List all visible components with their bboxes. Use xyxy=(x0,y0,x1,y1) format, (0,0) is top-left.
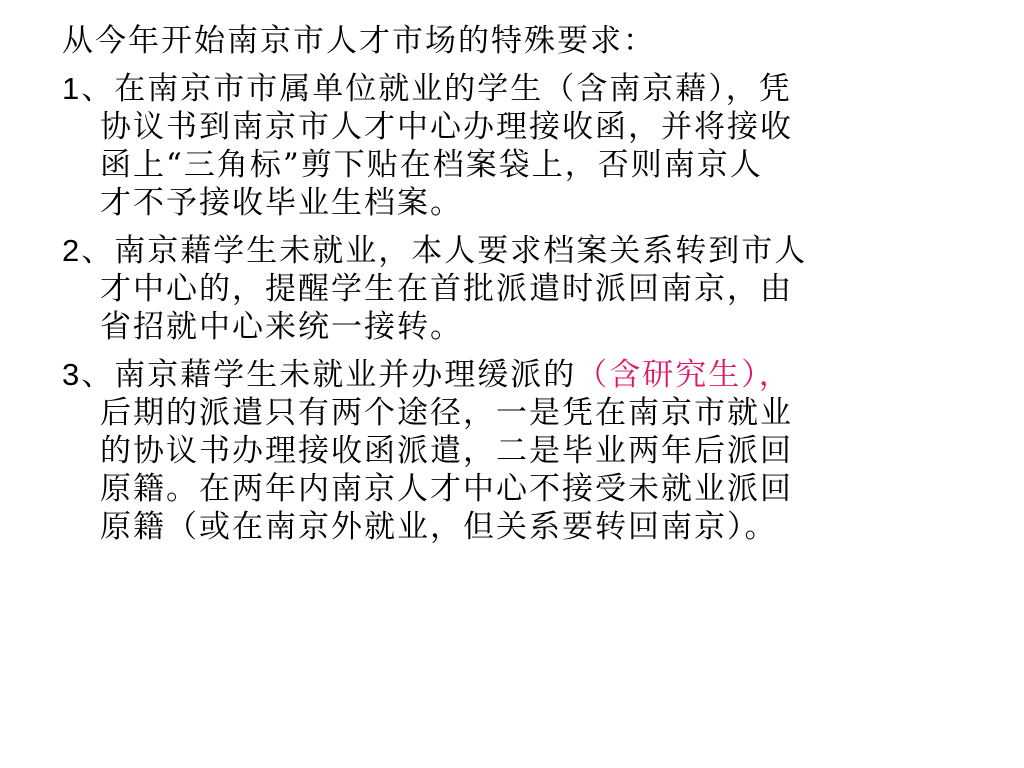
slide: 从今年开始南京市人才市场的特殊要求： 1、在南京市市属单位就业的学生（含南京藉）… xyxy=(0,0,1024,768)
item-number: 2 xyxy=(62,233,81,268)
item-text-line: 省招就中心来统一接转。 xyxy=(62,308,962,346)
item-text-line: 的协议书办理接收函派遣，二是毕业两年后派回 xyxy=(62,432,962,470)
intro-line: 从今年开始南京市人才市场的特殊要求： xyxy=(62,22,962,60)
item-3: 3、南京藉学生未就业并办理缓派的（含研究生）， 后期的派遣只有两个途径，一是凭在… xyxy=(62,356,962,546)
item-number: 1 xyxy=(62,71,81,106)
item-text-line: 才不予接收毕业生档案。 xyxy=(62,184,962,222)
item-1: 1、在南京市市属单位就业的学生（含南京藉），凭 协议书到南京市人才中心办理接收函… xyxy=(62,70,962,222)
item-text-line: 函上“三角标”剪下贴在档案袋上，否则南京人 xyxy=(62,146,962,184)
item-number: 3 xyxy=(62,357,81,392)
slide-body: 从今年开始南京市人才市场的特殊要求： 1、在南京市市属单位就业的学生（含南京藉）… xyxy=(62,22,962,556)
intro-paragraph: 从今年开始南京市人才市场的特殊要求： xyxy=(62,22,962,60)
item-text-line: 、在南京市市属单位就业的学生（含南京藉），凭 xyxy=(81,71,792,107)
item-text-line: 才中心的，提醒学生在首批派遣时派回南京，由 xyxy=(62,270,962,308)
item-text-line: 后期的派遣只有两个途径，一是凭在南京市就业 xyxy=(62,394,962,432)
item-text-line: 、南京藉学生未就业并办理缓派的 xyxy=(81,357,576,393)
item-text-line: 协议书到南京市人才中心办理接收函，并将接收 xyxy=(62,108,962,146)
item-text-line: 、南京藉学生未就业，本人要求档案关系转到市人 xyxy=(81,233,807,269)
highlighted-text: （含研究生）， xyxy=(576,357,792,393)
item-2: 2、南京藉学生未就业，本人要求档案关系转到市人 才中心的，提醒学生在首批派遣时派… xyxy=(62,232,962,346)
item-text-line: 原籍（或在南京外就业，但关系要转回南京）。 xyxy=(62,508,962,546)
item-text-line: 原籍。在两年内南京人才中心不接受未就业派回 xyxy=(62,470,962,508)
